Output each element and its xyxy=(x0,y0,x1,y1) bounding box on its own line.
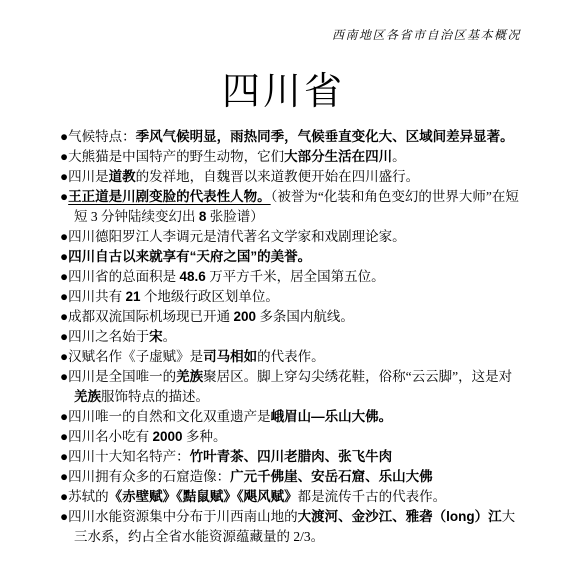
page-header: 西南地区各省市自治区基本概况 xyxy=(332,26,521,43)
bullet-item: ●王正道是川剧变脸的代表性人物。（被誉为“化装和角色变幻的世界大师”在短短 3 … xyxy=(60,187,520,227)
bullet-item: ●四川共有 21 个地级行政区划单位。 xyxy=(60,287,520,307)
bullet-text-segment: 大渡河、金沙江、雅砻（long）江 xyxy=(298,509,502,524)
bullet-item: ●四川水能资源集中分布于川西南山地的大渡河、金沙江、雅砻（long）江大三水系，… xyxy=(60,507,520,547)
bullet-item: ●大熊猫是中国特产的野生动物，它们大部分生活在四川。 xyxy=(60,147,520,167)
bullet-text-segment: 汉赋名作《子虚赋》是 xyxy=(68,349,203,364)
bullet-text-segment: 季风气候明显，雨热同季，气候垂直变化大、区域间差异显著。 xyxy=(136,129,514,144)
bullet-marker-icon: ● xyxy=(60,489,68,504)
bullet-text-segment: 司马相如 xyxy=(203,349,257,364)
bullet-marker-icon: ● xyxy=(60,469,68,484)
document-page: 西南地区各省市自治区基本概况 四川省 ●气候特点：季风气候明显，雨热同季，气候垂… xyxy=(0,0,567,582)
bullet-text-segment: 都是流传千古的代表作。 xyxy=(298,489,447,504)
bullet-text-segment: 四川拥有众多的石窟造像： xyxy=(68,469,230,484)
bullet-text-segment: 200 xyxy=(234,309,257,324)
bullet-item: ●苏轼的《赤壁赋》《黠鼠赋》《飓风赋》都是流传千古的代表作。 xyxy=(60,487,520,507)
bullet-marker-icon: ● xyxy=(60,309,68,324)
bullet-item: ●气候特点：季风气候明显，雨热同季，气候垂直变化大、区域间差异显著。 xyxy=(60,127,520,147)
bullet-marker-icon: ● xyxy=(60,229,68,244)
bullet-text-segment: 苏轼的 xyxy=(68,489,109,504)
bullet-text-segment: 48.6 xyxy=(180,269,206,284)
bullet-item: ●四川是道教的发祥地，自魏晋以来道教便开始在四川盛行。 xyxy=(60,167,520,187)
bullet-text-segment: 四川是 xyxy=(68,169,109,184)
bullet-marker-icon: ● xyxy=(60,349,68,364)
bullet-text-segment: 聚居区。脚上穿勾尖绣花鞋，俗称“云云脚”，这是对 xyxy=(203,369,512,384)
bullet-item: ●四川拥有众多的石窟造像：广元千佛崖、安岳石窟、乐山大佛 xyxy=(60,467,520,487)
bullet-item: ●汉赋名作《子虚赋》是司马相如的代表作。 xyxy=(60,347,520,367)
bullet-item: ●四川省的总面积是 48.6 万平方千米，居全国第五位。 xyxy=(60,267,520,287)
bullet-text-segment: 成都双流国际机场现已开通 xyxy=(68,309,233,324)
bullet-text-segment: 广元千佛崖、安岳石窟、乐山大佛 xyxy=(230,469,433,484)
bullet-text-segment: 王正道是川剧变脸的代表性人物。 xyxy=(68,189,271,204)
bullet-marker-icon: ● xyxy=(60,129,68,144)
bullet-text-segment: 的发祥地，自魏晋以来道教便开始在四川盛行。 xyxy=(136,169,420,184)
bullet-text-segment: 道教 xyxy=(109,169,136,184)
bullet-text-segment: 大熊猫是中国特产的野生动物，它们 xyxy=(68,149,284,164)
bullet-text-segment: 四川唯一的自然和文化双重遗产是 xyxy=(68,409,271,424)
bullet-item: ●四川之名始于宋。 xyxy=(60,327,520,347)
bullet-item: ●四川自古以来就享有“天府之国”的美誉。 xyxy=(60,247,520,267)
bullet-text-segment: 四川十大知名特产： xyxy=(68,449,190,464)
bullet-item: ●四川是全国唯一的羌族聚居区。脚上穿勾尖绣花鞋，俗称“云云脚”，这是对羌族服饰特… xyxy=(60,367,520,407)
bullet-text-segment: 羌族 xyxy=(176,369,203,384)
bullet-text-segment: 四川水能资源集中分布于川西南山地的 xyxy=(68,509,298,524)
bullet-text-segment: 大部分生活在四川 xyxy=(284,149,392,164)
bullet-marker-icon: ● xyxy=(60,429,68,444)
bullet-marker-icon: ● xyxy=(60,409,68,424)
bullet-item: ●四川唯一的自然和文化双重遗产是峨眉山—乐山大佛。 xyxy=(60,407,520,427)
bullet-text-segment: 。 xyxy=(392,149,406,164)
bullet-marker-icon: ● xyxy=(60,369,68,384)
bullet-text-segment: 个地级行政区划单位。 xyxy=(141,289,279,304)
bullet-marker-icon: ● xyxy=(60,249,68,264)
bullet-text-segment: 气候特点： xyxy=(68,129,136,144)
bullet-text-segment: 多种。 xyxy=(183,429,227,444)
bullet-text-segment: 四川名小吃有 xyxy=(68,429,152,444)
bullet-text-segment: 《赤壁赋》《黠鼠赋》《飓风赋》 xyxy=(109,489,298,504)
bullet-marker-icon: ● xyxy=(60,329,68,344)
bullet-text-segment: 万平方千米，居全国第五位。 xyxy=(206,269,385,284)
bullet-marker-icon: ● xyxy=(60,149,68,164)
bullet-item: ●四川十大知名特产：竹叶青茶、四川老腊肉、张飞牛肉 xyxy=(60,447,520,467)
bullet-item: ●四川德阳罗江人李调元是清代著名文学家和戏剧理论家。 xyxy=(60,227,520,247)
bullet-text-segment: 四川是全国唯一的 xyxy=(68,369,176,384)
bullet-text-segment: 四川德阳罗江人李调元是清代著名文学家和戏剧理论家。 xyxy=(68,229,406,244)
bullet-item: ●成都双流国际机场现已开通 200 多条国内航线。 xyxy=(60,307,520,327)
bullet-marker-icon: ● xyxy=(60,169,68,184)
bullet-text-segment: 羌族 xyxy=(74,389,101,404)
bullet-marker-icon: ● xyxy=(60,189,68,204)
bullet-text-segment: 多条国内航线。 xyxy=(256,309,354,324)
bullet-text-segment: 四川自古以来就享有“天府之国”的美誉。 xyxy=(68,249,311,264)
bullet-marker-icon: ● xyxy=(60,289,68,304)
bullet-item: ●四川名小吃有 2000 多种。 xyxy=(60,427,520,447)
bullet-list: ●气候特点：季风气候明显，雨热同季，气候垂直变化大、区域间差异显著。●大熊猫是中… xyxy=(60,127,520,547)
bullet-text-segment: 竹叶青茶、四川老腊肉、张飞牛肉 xyxy=(190,449,393,464)
bullet-marker-icon: ● xyxy=(60,509,68,524)
page-title: 四川省 xyxy=(0,60,567,115)
bullet-text-segment: 的代表作。 xyxy=(257,349,325,364)
bullet-marker-icon: ● xyxy=(60,269,68,284)
bullet-text-segment: 宋 xyxy=(149,329,163,344)
bullet-text-segment: 张脸谱） xyxy=(206,209,263,224)
bullet-text-segment: 四川共有 xyxy=(68,289,125,304)
bullet-text-segment: 四川之名始于 xyxy=(68,329,149,344)
bullet-text-segment: 四川省的总面积是 xyxy=(68,269,179,284)
bullet-text-segment: 2000 xyxy=(153,429,183,444)
bullet-text-segment: 服饰特点的描述。 xyxy=(101,389,209,404)
bullet-text-segment: 。 xyxy=(163,329,177,344)
bullet-text-segment: 21 xyxy=(126,289,141,304)
bullet-text-segment: 峨眉山—乐山大佛。 xyxy=(271,409,393,424)
bullet-marker-icon: ● xyxy=(60,449,68,464)
